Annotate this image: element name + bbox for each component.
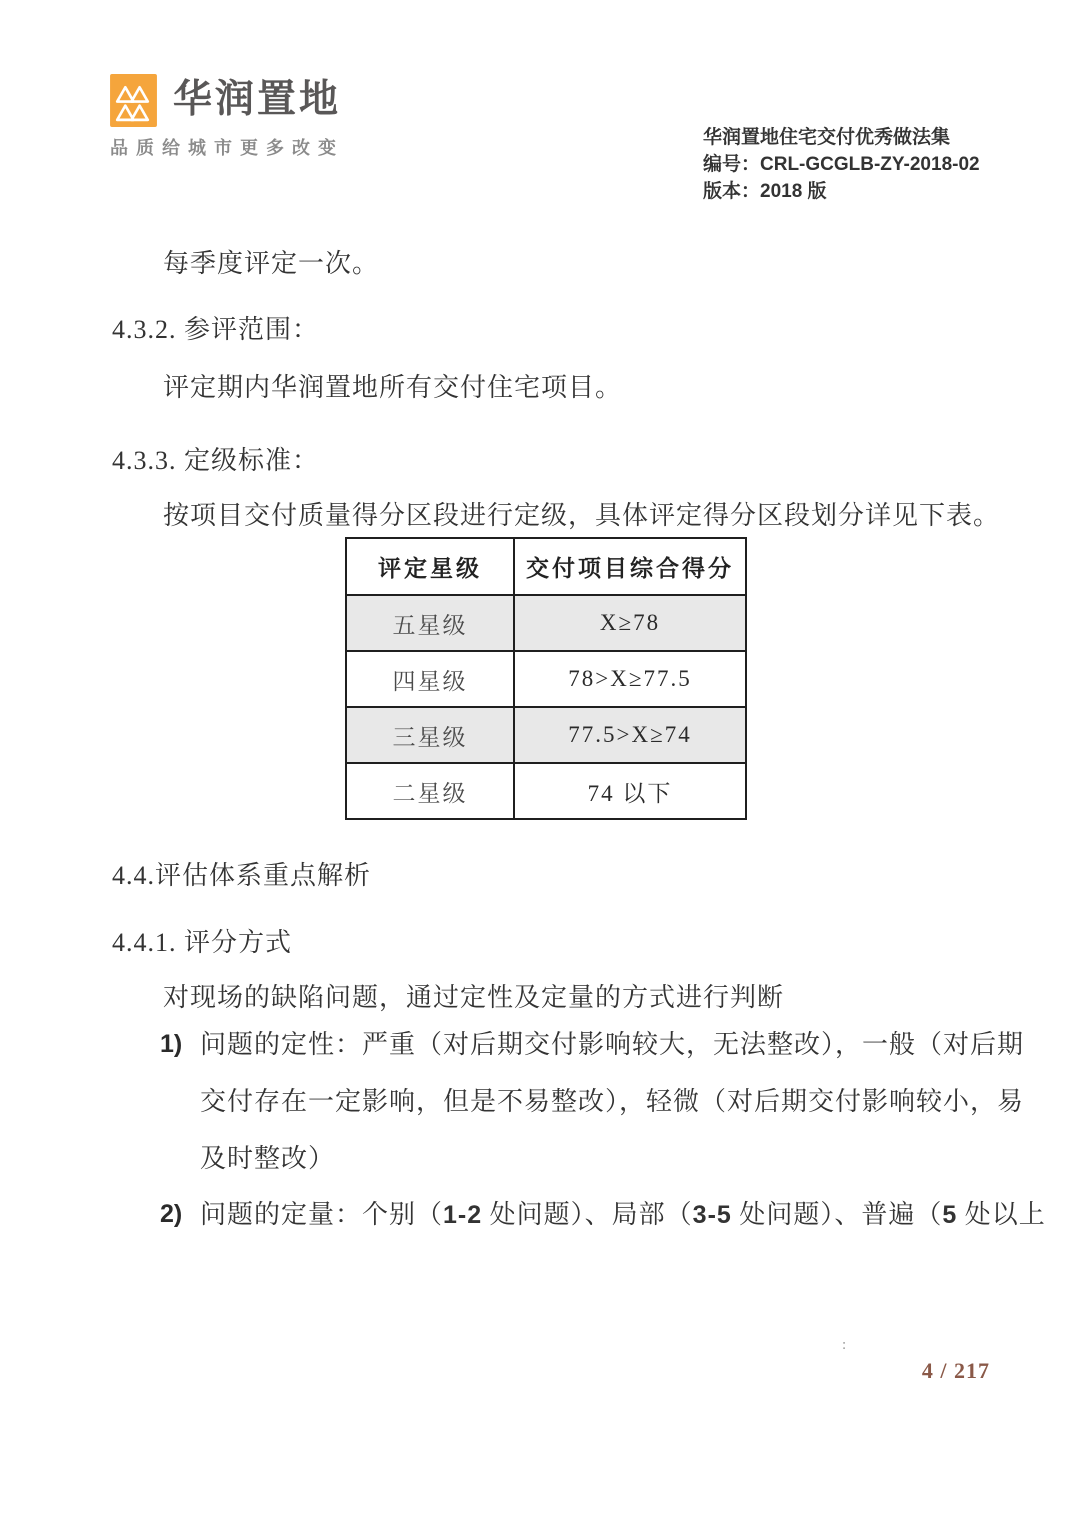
list-item-lines: 问题的定性：严重（对后期交付影响较大，无法整改），一般（对后期交付存在一定影响，…	[200, 1030, 1024, 1201]
rating-table-header-star: 评定星级	[347, 539, 515, 594]
list-item-line: 交付存在一定影响，但是不易整改），轻微（对后期交付影响较小，易	[200, 1087, 1024, 1144]
star-level-cell: 二星级	[347, 764, 515, 818]
heading-4-4: 4.4.评估体系重点解析	[112, 855, 371, 892]
score-range-cell: 77.5>X≥74	[515, 708, 745, 762]
list-item-number: 1)	[160, 1030, 182, 1059]
rating-table-row: 三星级77.5>X≥74	[347, 706, 745, 762]
score-range-cell: 78>X≥77.5	[515, 652, 745, 706]
document-title: 华润置地住宅交付优秀做法集	[703, 124, 980, 151]
document-page: 华润置地 品质给城市更多改变 华润置地住宅交付优秀做法集 编号：CRL-GCGL…	[0, 0, 1080, 1527]
rating-table-row: 二星级74 以下	[347, 762, 745, 818]
page-number: 4 / 217	[922, 1358, 990, 1384]
rating-table: 评定星级 交付项目综合得分 五星级X≥78四星级78>X≥77.5三星级77.5…	[345, 537, 747, 820]
heading-4-3-3: 4.3.3. 定级标准：	[112, 440, 319, 477]
paragraph-grading: 按项目交付质量得分区段进行定级，具体评定得分区段划分详见下表。	[163, 495, 1000, 532]
list-item-number: 2)	[160, 1200, 182, 1229]
document-header: 华润置地住宅交付优秀做法集 编号：CRL-GCGLB-ZY-2018-02 版本…	[703, 124, 980, 205]
company-logo: 华润置地 品质给城市更多改变	[110, 74, 344, 160]
list-item-line: 问题的定量：个别（1-2 处问题）、局部（3-5 处问题）、普遍（5 处以上	[200, 1200, 1046, 1257]
list-item-line: 问题的定性：严重（对后期交付影响较大，无法整改），一般（对后期	[200, 1030, 1024, 1087]
rating-table-row: 五星级X≥78	[347, 594, 745, 650]
document-version: 版本：2018 版	[703, 178, 980, 205]
list-item-line: 及时整改）	[200, 1144, 1024, 1201]
rating-table-header-score: 交付项目综合得分	[515, 539, 745, 594]
brand-name: 华润置地	[173, 74, 341, 126]
brand-tagline: 品质给城市更多改变	[110, 134, 344, 160]
heading-4-3-2: 4.3.2. 参评范围：	[112, 309, 319, 346]
star-level-cell: 三星级	[347, 708, 515, 762]
rating-table-row: 四星级78>X≥77.5	[347, 650, 745, 706]
footer-colon-mark: :	[842, 1337, 846, 1354]
star-level-cell: 五星级	[347, 596, 515, 650]
paragraph-defects: 对现场的缺陷问题，通过定性及定量的方式进行判断	[163, 977, 784, 1014]
paragraph-quarterly: 每季度评定一次。	[163, 243, 379, 280]
document-number: 编号：CRL-GCGLB-ZY-2018-02	[703, 151, 980, 178]
score-range-cell: 74 以下	[515, 764, 745, 818]
paragraph-scope: 评定期内华润置地所有交付住宅项目。	[163, 367, 622, 404]
list-item: 1)问题的定性：严重（对后期交付影响较大，无法整改），一般（对后期交付存在一定影…	[160, 1030, 1024, 1201]
star-level-cell: 四星级	[347, 652, 515, 706]
heading-4-4-1: 4.4.1. 评分方式	[112, 922, 292, 959]
rating-table-header-row: 评定星级 交付项目综合得分	[347, 539, 745, 594]
list-item-lines: 问题的定量：个别（1-2 处问题）、局部（3-5 处问题）、普遍（5 处以上	[200, 1200, 1046, 1257]
list-item: 2)问题的定量：个别（1-2 处问题）、局部（3-5 处问题）、普遍（5 处以上	[160, 1200, 1046, 1257]
mountain-logo-icon	[110, 74, 157, 127]
score-range-cell: X≥78	[515, 596, 745, 650]
